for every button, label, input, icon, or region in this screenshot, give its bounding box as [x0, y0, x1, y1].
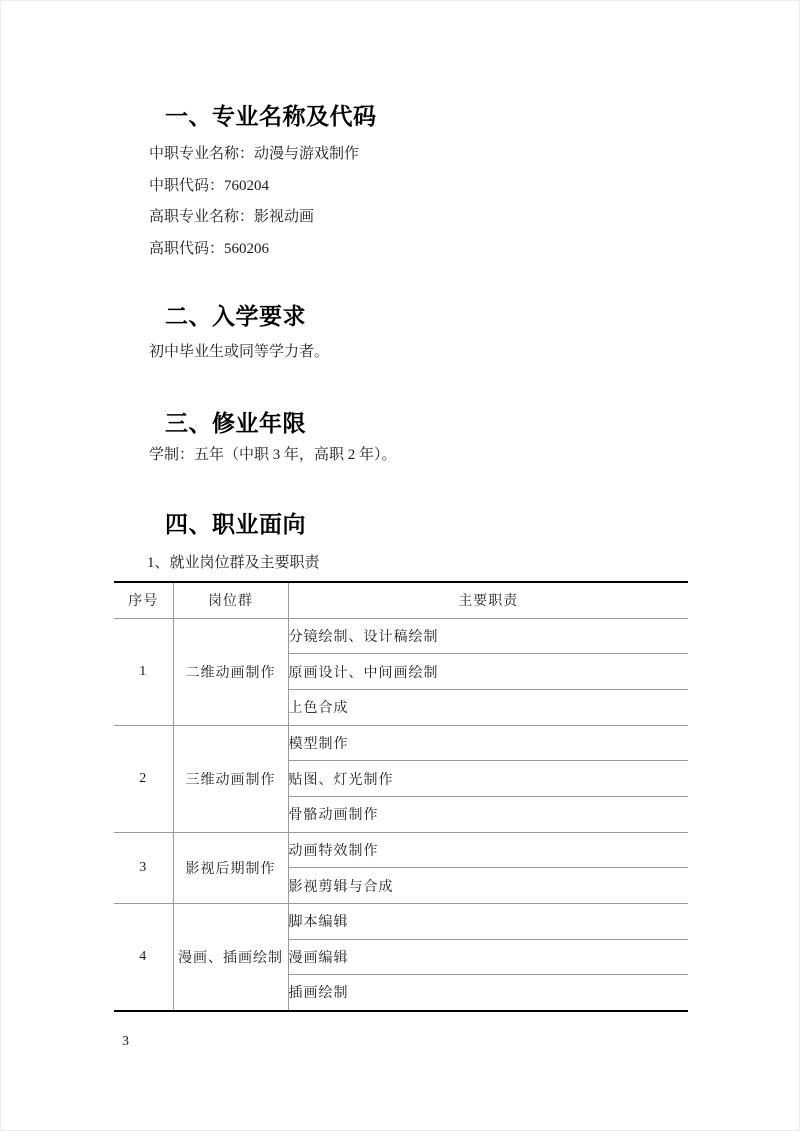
- duty-cell: 动画特效制作: [288, 832, 688, 868]
- section-heading-4: 四、职业面向: [165, 510, 306, 538]
- section-heading-1: 一、专业名称及代码: [165, 102, 377, 130]
- duty-cell: 分镜绘制、设计稿绘制: [288, 618, 688, 654]
- row-number-cell: 2: [114, 725, 173, 832]
- duty-cell: 插画绘制: [288, 975, 688, 1011]
- duty-cell: 漫画编辑: [288, 939, 688, 975]
- group-cell: 影视后期制作: [173, 832, 288, 903]
- header-cell-seq: 序号: [114, 582, 173, 618]
- section-heading-2: 二、入学要求: [165, 302, 306, 330]
- duty-cell: 骨骼动画制作: [288, 796, 688, 832]
- group-cell: 三维动画制作: [173, 725, 288, 832]
- table-row: 4 漫画、插画绘制 脚本编辑: [114, 904, 688, 940]
- row-number-cell: 1: [114, 618, 173, 725]
- table-subheading: 1、就业岗位群及主要职责: [147, 552, 320, 574]
- duty-cell: 脚本编辑: [288, 904, 688, 940]
- body-line-admission: 初中毕业生或同等学力者。: [149, 341, 329, 363]
- table-row: 2 三维动画制作 模型制作: [114, 725, 688, 761]
- body-line-major-code-high: 高职代码：560206: [149, 234, 359, 266]
- page-number: 3: [122, 1033, 129, 1051]
- duty-cell: 模型制作: [288, 725, 688, 761]
- body-line-major-code-mid: 中职代码：760204: [149, 171, 359, 203]
- duty-cell: 影视剪辑与合成: [288, 868, 688, 904]
- document-page: 一、专业名称及代码 中职专业名称：动漫与游戏制作 中职代码：760204 高职专…: [0, 0, 800, 1131]
- section-1-body: 中职专业名称：动漫与游戏制作 中职代码：760204 高职专业名称：影视动画 高…: [149, 139, 359, 266]
- group-cell: 二维动画制作: [173, 618, 288, 725]
- duties-table: 序号 岗位群 主要职责 1 二维动画制作 分镜绘制、设计稿绘制 原画设计、中间画…: [114, 581, 688, 1012]
- header-cell-group: 岗位群: [173, 582, 288, 618]
- header-cell-duty: 主要职责: [288, 582, 688, 618]
- table-row: 3 影视后期制作 动画特效制作: [114, 832, 688, 868]
- body-line-duration: 学制：五年（中职 3 年，高职 2 年）。: [149, 444, 397, 466]
- row-number-cell: 4: [114, 904, 173, 1011]
- row-number-cell: 3: [114, 832, 173, 903]
- table-row: 1 二维动画制作 分镜绘制、设计稿绘制: [114, 618, 688, 654]
- duty-cell: 原画设计、中间画绘制: [288, 654, 688, 690]
- body-line-major-name-high: 高职专业名称：影视动画: [149, 202, 359, 234]
- body-line-major-name-mid: 中职专业名称：动漫与游戏制作: [149, 139, 359, 171]
- section-heading-3: 三、修业年限: [165, 409, 306, 437]
- duty-cell: 上色合成: [288, 689, 688, 725]
- group-cell: 漫画、插画绘制: [173, 904, 288, 1011]
- table-header-row: 序号 岗位群 主要职责: [114, 582, 688, 618]
- duty-cell: 贴图、灯光制作: [288, 761, 688, 797]
